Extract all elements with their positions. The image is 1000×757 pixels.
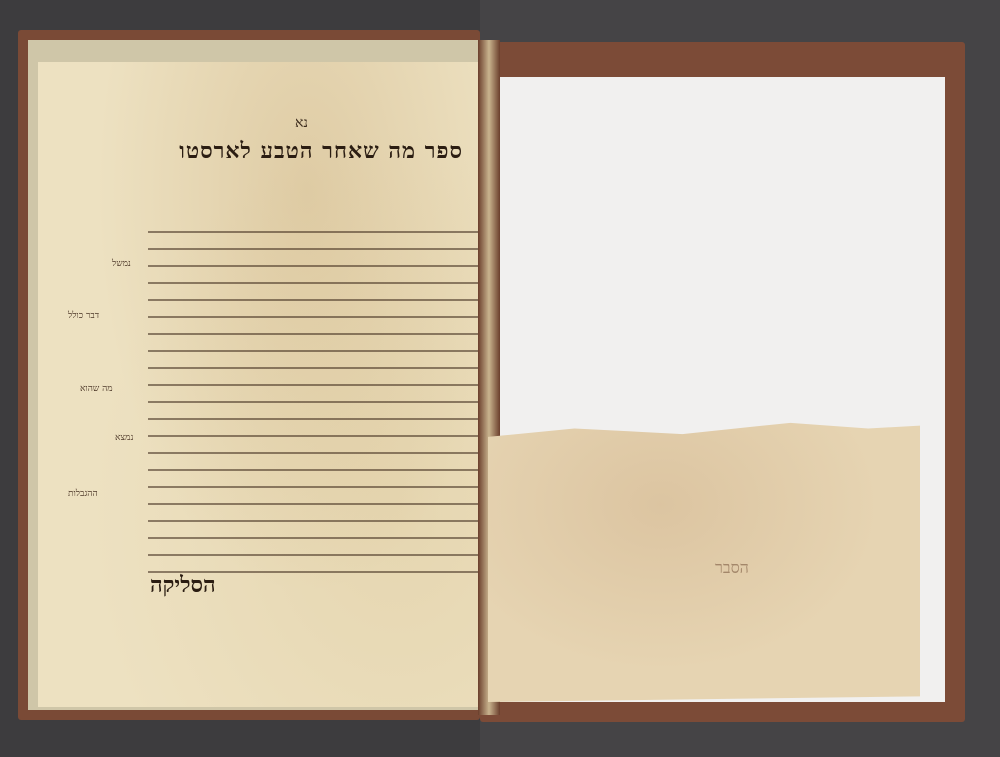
margin-note: נמצא (115, 432, 133, 443)
manuscript-text-block (148, 222, 478, 582)
folio-number: נא (295, 115, 308, 132)
manuscript-heading: ספר מה שאחר הטבע לארסטו (148, 138, 463, 164)
parchment-fragment (488, 420, 920, 702)
margin-note: מה שהוא (80, 383, 113, 394)
margin-note: דבר כולל (68, 310, 99, 321)
closing-word: הסליקה (150, 572, 216, 598)
margin-note: ההגבלות (68, 488, 98, 499)
margin-note: נמשל (112, 258, 131, 269)
fragment-word: הסבר (715, 558, 749, 578)
